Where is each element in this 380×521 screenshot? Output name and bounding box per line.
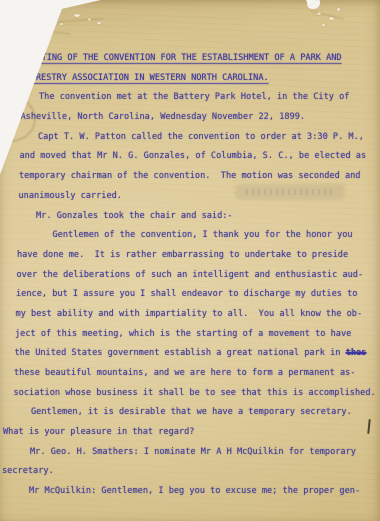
typed-line: Capt T. W. Patton called the convention … — [38, 128, 380, 148]
title-line: FORESTRY ASSOCIATION IN WESTERN NORTH CA… — [26, 69, 380, 89]
typed-line: The convention met at the Battery Park H… — [39, 88, 380, 108]
crease-mark — [51, 15, 55, 18]
typed-line: have done me. It is rather embarrassing … — [17, 246, 380, 266]
typed-line: over the deliberations of such an intell… — [17, 266, 380, 286]
struck-out-word: thes — [346, 348, 367, 358]
crease-mark — [46, 27, 49, 29]
typed-line: Gentlemen of the convention, I thank you… — [53, 226, 380, 246]
crease-mark — [337, 8, 340, 11]
typed-line: temporary chairman of the convention. Th… — [19, 167, 380, 187]
typed-line: these beautiful mountains, and we are he… — [14, 364, 380, 384]
typed-line: What is your pleasure in that regard? — [3, 423, 380, 443]
typed-line: sociation whose business it shall be to … — [14, 384, 380, 404]
crease-shadow — [40, 29, 70, 35]
typed-line: my best ability and with impartiality to… — [16, 305, 380, 325]
crease-mark — [322, 24, 325, 26]
typed-line: Mr. Gonzales took the chair and said:- — [36, 207, 380, 227]
typed-line: Asheville, North Carolina, Wednesday Nov… — [21, 108, 380, 128]
crease-mark — [60, 23, 63, 25]
title-line: MEETING OF THE CONVENTION FOR THE ESTABL… — [26, 49, 380, 69]
typed-line: Mr McQuilkin: Gentlemen, I beg you to ex… — [29, 482, 380, 502]
crease-shadow — [34, 18, 104, 25]
typed-line: ject of this meeting, which is the start… — [15, 325, 380, 345]
typed-line: ience, but I assure you I shall endeavor… — [16, 285, 380, 305]
typed-line: Mr. Geo. H. Smathers: I nominate Mr A H … — [30, 443, 380, 463]
typed-line: and moved that Mr N. G. Gonzales, of Col… — [20, 147, 380, 167]
typed-line: Gentlemen, it is desirable that we have … — [31, 403, 380, 423]
crease-shadow — [310, 10, 343, 20]
typed-text-block: MEETING OF THE CONVENTION FOR THE ESTABL… — [0, 49, 380, 502]
crease-mark — [74, 14, 80, 17]
typed-line: secretary. — [2, 462, 380, 482]
document-page: MEETING OF THE CONVENTION FOR THE ESTABL… — [0, 0, 380, 521]
crease-mark — [37, 19, 42, 22]
scan-background: MEETING OF THE CONVENTION FOR THE ESTABL… — [0, 0, 380, 521]
crease-mark — [97, 22, 101, 24]
typed-line: the United States government establish a… — [15, 344, 380, 364]
typed-line: unanimously carried. — [19, 187, 380, 207]
tear-notch — [307, 0, 320, 9]
